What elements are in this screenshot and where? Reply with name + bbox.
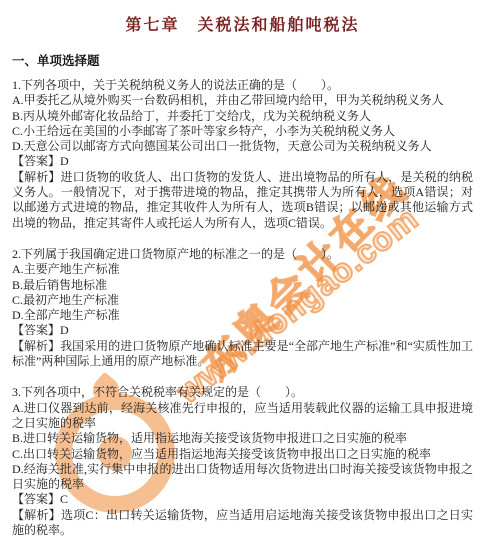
question-3-option-b: B.进口转关运输货物，适用指运地海关接受该货物申报进口之日实施的税率 — [12, 431, 473, 446]
question-2-analysis-line: 【解析】我国采用的进口货物原产地确认标准主要是“全部产地生产标准”和“实质性加工… — [12, 339, 473, 370]
question-2: 2.下列属于我国确定进口货物原产地的标准之一的是（ ）。 A.主要产地生产标准 … — [12, 247, 473, 369]
question-1-answer-line: 【答案】D — [12, 154, 473, 169]
analysis-text: 我国采用的进口货物原产地确认标准主要是“全部产地生产标准”和“实质性加工标准”两… — [12, 339, 473, 368]
analysis-label: 【解析】 — [12, 508, 61, 522]
question-3-answer-line: 【答案】C — [12, 492, 473, 507]
question-2-option-c: C.最初产地生产标准 — [12, 293, 473, 308]
page-title: 第七章 关税法和船舶吨税法 — [12, 12, 473, 35]
question-2-option-a: A.主要产地生产标准 — [12, 262, 473, 277]
answer-label: 【答案】 — [12, 323, 60, 337]
analysis-label: 【解析】 — [12, 339, 60, 353]
question-1-analysis-line: 【解析】进口货物的收货人、出口货物的发货人、进出境物品的所有人，是关税的纳税义务… — [12, 170, 473, 231]
question-2-stem: 2.下列属于我国确定进口货物原产地的标准之一的是（ ）。 — [12, 247, 473, 262]
analysis-text: 进口货物的收货人、出口货物的发货人、进出境物品的所有人，是关税的纳税义务人。一般… — [12, 170, 473, 230]
analysis-label: 【解析】 — [12, 170, 61, 184]
answer-value: D — [60, 323, 69, 337]
answer-value: C — [60, 492, 68, 506]
question-3-stem: 3.下列各项中，不符合关税税率有关规定的是（ ）。 — [12, 385, 473, 400]
question-2-option-d: D.全部产地生产标准 — [12, 308, 473, 323]
analysis-text: 选项C：出口转关运输货物，应当适用启运地海关接受该货物申报出口之日实施的税率。 — [12, 508, 473, 537]
question-2-option-b: B.最后销售地标准 — [12, 278, 473, 293]
question-2-answer-line: 【答案】D — [12, 323, 473, 338]
question-3-option-d: D.经海关批准,实行集中申报的进出口货物适用每次货物进出口时海关接受该货物申报之… — [12, 462, 473, 493]
question-1: 1.下列各项中，关于关税纳税义务人的说法正确的是（ ）。 A.甲委托乙从境外购买… — [12, 78, 473, 231]
section-heading: 一、单项选择题 — [12, 51, 473, 69]
document-page: 第七章 关税法和船舶吨税法 一、单项选择题 1.下列各项中，关于关税纳税义务人的… — [0, 0, 485, 538]
question-3-option-c: C.出口转关运输货物，应当适用指运地海关接受该货物申报出口之日实施的税率 — [12, 447, 473, 462]
question-1-option-b: B.丙从境外邮寄化妆品给丁，并委托丁交给戊，戊为关税纳税义务人 — [12, 109, 473, 124]
question-1-option-c: C.小王给远在美国的小李邮寄了茶叶等家乡特产，小李为关税纳税义务人 — [12, 124, 473, 139]
question-3: 3.下列各项中，不符合关税税率有关规定的是（ ）。 A.进口仪器到达前，经海关核… — [12, 385, 473, 538]
question-3-analysis-line: 【解析】选项C：出口转关运输货物，应当适用启运地海关接受该货物申报出口之日实施的… — [12, 508, 473, 539]
question-3-option-a: A.进口仪器到达前，经海关核准先行申报的，应当适用装载此仪器的运输工具申报进境之… — [12, 401, 473, 432]
question-1-stem: 1.下列各项中，关于关税纳税义务人的说法正确的是（ ）。 — [12, 78, 473, 93]
question-1-option-d: D.天意公司以邮寄方式向德国某公司出口一批货物，天意公司为关税纳税义务人 — [12, 139, 473, 154]
answer-value: D — [60, 154, 69, 168]
answer-label: 【答案】 — [12, 154, 60, 168]
question-1-option-a: A.甲委托乙从境外购买一台数码相机，并由乙带回境内给甲，甲为关税纳税义务人 — [12, 93, 473, 108]
answer-label: 【答案】 — [12, 492, 60, 506]
